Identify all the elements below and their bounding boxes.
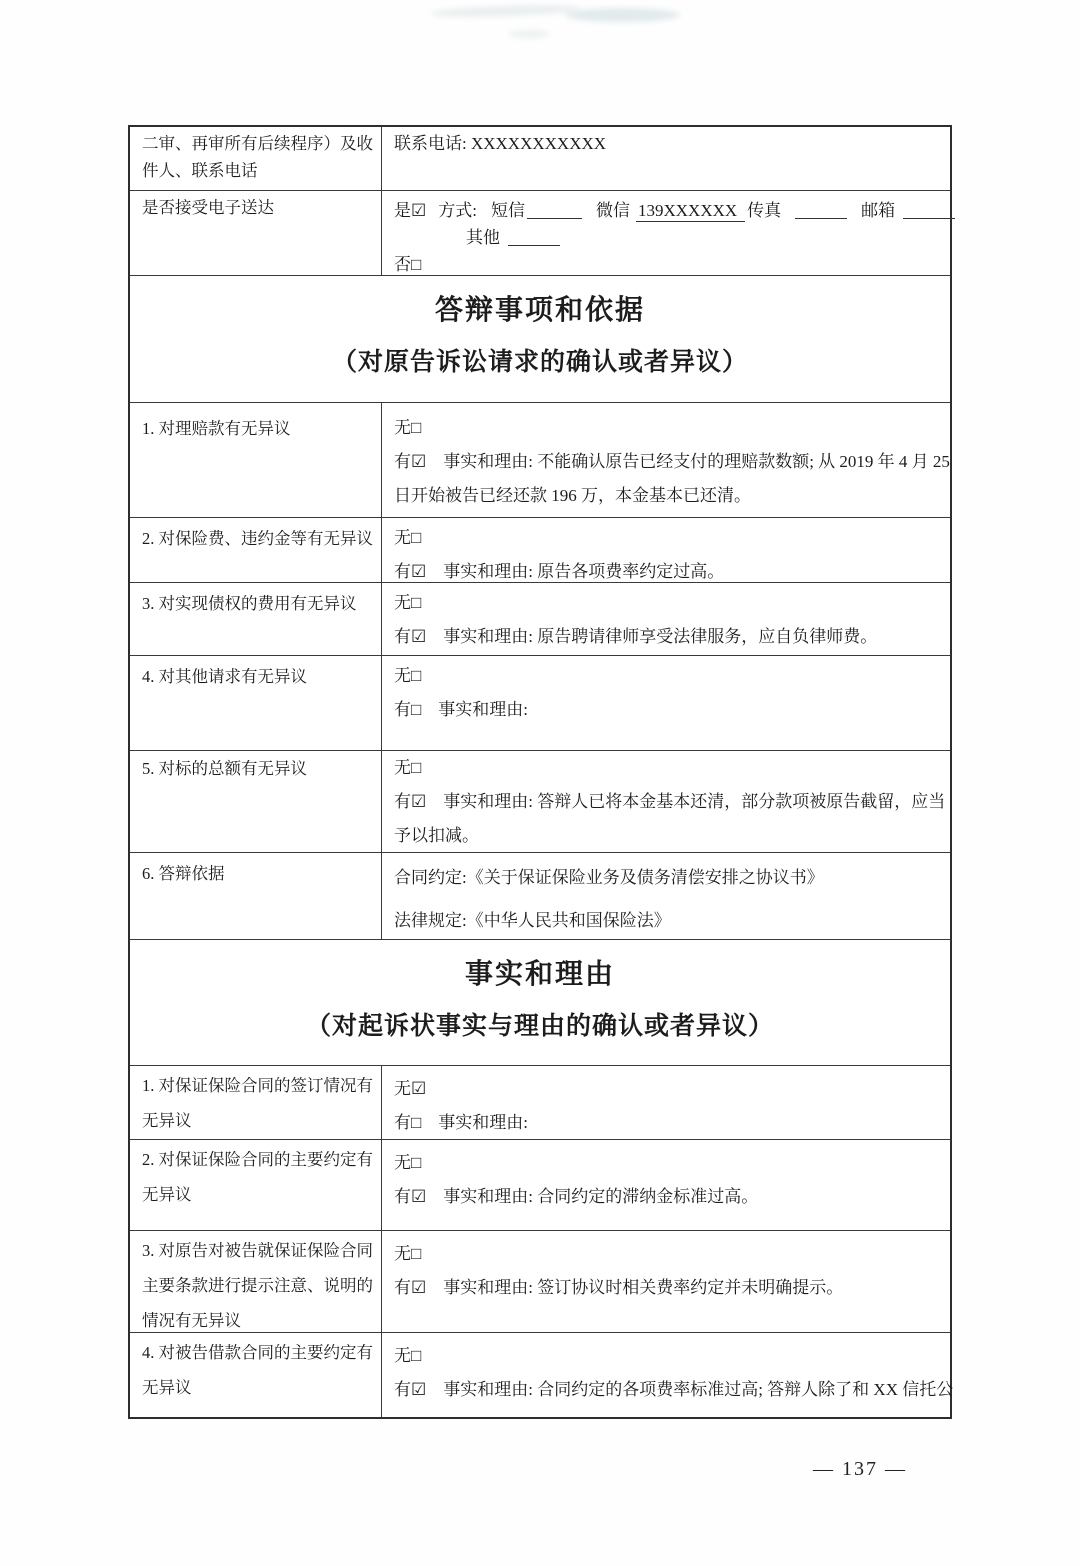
no-checkbox-line: 无□ bbox=[394, 751, 945, 785]
row-label: 主要条款进行提示注意、说明的 bbox=[142, 1268, 377, 1303]
reason-continued-line: 予以扣减。 bbox=[394, 819, 945, 853]
scan-artifact bbox=[430, 3, 580, 18]
row-label-cell: 3. 对原告对被告就保证保险合同 主要条款进行提示注意、说明的 情况有无异议 bbox=[130, 1231, 382, 1332]
table-row-s1-4: 4. 对其他请求有无异议 无□ 有□ 事实和理由: bbox=[130, 655, 950, 750]
row-label: 1. 对理赔款有无异议 bbox=[142, 411, 377, 446]
row-content-cell: 无☑ 有□ 事实和理由: bbox=[382, 1066, 950, 1139]
delivery-other-line: 其他 bbox=[394, 224, 955, 251]
defense-form-table: 二审、再审所有后续程序）及收 件人、联系电话 联系电话: XXXXXXXXXXX… bbox=[128, 125, 952, 1419]
sms-label: 短信 bbox=[491, 201, 525, 220]
scan-artifact bbox=[508, 30, 550, 38]
no-checkbox-line: 无☑ bbox=[394, 1072, 940, 1106]
row-label-cell: 6. 答辩依据 bbox=[130, 853, 382, 939]
row-label: 6. 答辩依据 bbox=[142, 856, 377, 891]
table-row-electronic-delivery: 是否接受电子送达 是☑方式:短信微信139XXXXXX传真邮箱 其他 否□ bbox=[130, 190, 950, 275]
contact-row-label-cell: 二审、再审所有后续程序）及收 件人、联系电话 bbox=[130, 127, 382, 190]
table-row-contact: 二审、再审所有后续程序）及收 件人、联系电话 联系电话: XXXXXXXXXXX bbox=[130, 127, 950, 190]
wechat-label: 微信 bbox=[596, 201, 630, 220]
table-row-s1-1: 1. 对理赔款有无异议 无□ 有☑ 事实和理由: 不能确认原告已经支付的理赔款数… bbox=[130, 402, 950, 517]
email-label: 邮箱 bbox=[861, 201, 895, 220]
row-label: 2. 对保险费、违约金等有无异议 bbox=[142, 521, 377, 556]
row-label: 无异议 bbox=[142, 1370, 377, 1405]
row-label: 3. 对实现债权的费用有无异议 bbox=[142, 586, 377, 621]
fax-label: 传真 bbox=[747, 201, 781, 220]
no-checkbox-line: 无□ bbox=[394, 411, 950, 445]
no-checkbox-line: 无□ bbox=[394, 1237, 940, 1271]
delivery-yes-line: 是☑方式:短信微信139XXXXXX传真邮箱 bbox=[394, 197, 955, 224]
row-content-cell: 无□ 有☑ 事实和理由: 答辩人已将本金基本还清，部分款项被原告截留，应当 予以… bbox=[382, 751, 955, 852]
table-row-s1-6: 6. 答辩依据 合同约定:《关于保证保险业务及债务清偿安排之协议书》 法律规定:… bbox=[130, 852, 950, 939]
row-label: 件人、联系电话 bbox=[142, 157, 377, 184]
row-label: 二审、再审所有后续程序）及收 bbox=[142, 130, 377, 157]
reason-continued-line: 日开始被告已经还款 196 万，本金基本已还清。 bbox=[394, 479, 950, 513]
row-content-cell: 合同约定:《关于保证保险业务及债务清偿安排之协议书》 法律规定:《中华人民共和国… bbox=[382, 853, 950, 939]
delivery-row-label-cell: 是否接受电子送达 bbox=[130, 191, 382, 275]
no-checkbox-line: 无□ bbox=[394, 1146, 940, 1180]
row-content-cell: 无□ 有□ 事实和理由: bbox=[382, 656, 950, 750]
no-checkbox-unchecked: 否□ bbox=[394, 255, 421, 274]
section1-header-row: 答辩事项和依据 （对原告诉讼请求的确认或者异议） bbox=[130, 275, 950, 402]
table-row-s2-1: 1. 对保证保险合同的签订情况有 无异议 无☑ 有□ 事实和理由: bbox=[130, 1065, 950, 1139]
legal-basis-line: 法律规定:《中华人民共和国保险法》 bbox=[394, 899, 940, 942]
other-label: 其他 bbox=[466, 228, 500, 247]
row-content-cell: 无□ 有☑ 事实和理由: 原告聘请律师享受法律服务，应自负律师费。 bbox=[382, 583, 950, 655]
row-label-cell: 5. 对标的总额有无异议 bbox=[130, 751, 382, 852]
yes-checkbox-reason-line: 有☑ 事实和理由: 签订协议时相关费率约定并未明确提示。 bbox=[394, 1271, 940, 1305]
page-number: — 137 — bbox=[790, 1458, 930, 1481]
yes-checkbox-reason-line: 有□ 事实和理由: bbox=[394, 693, 940, 727]
table-row-s1-5: 5. 对标的总额有无异议 无□ 有☑ 事实和理由: 答辩人已将本金基本还清，部分… bbox=[130, 750, 950, 852]
section1-title: 答辩事项和依据 bbox=[130, 290, 950, 330]
row-label-cell: 2. 对保险费、违约金等有无异议 bbox=[130, 518, 382, 582]
row-label-cell: 1. 对理赔款有无异议 bbox=[130, 403, 382, 517]
delivery-no-line: 否□ bbox=[394, 251, 955, 278]
contract-basis-line: 合同约定:《关于保证保险业务及债务清偿安排之协议书》 bbox=[394, 856, 940, 899]
table-row-s2-3: 3. 对原告对被告就保证保险合同 主要条款进行提示注意、说明的 情况有无异议 无… bbox=[130, 1230, 950, 1332]
row-label: 1. 对保证保险合同的签订情况有 bbox=[142, 1068, 377, 1103]
row-label-cell: 3. 对实现债权的费用有无异议 bbox=[130, 583, 382, 655]
section2-title: 事实和理由 bbox=[130, 954, 950, 994]
table-row-s2-4: 4. 对被告借款合同的主要约定有 无异议 无□ 有☑ 事实和理由: 合同约定的各… bbox=[130, 1332, 950, 1417]
section2-header-row: 事实和理由 （对起诉状事实与理由的确认或者异议） bbox=[130, 939, 950, 1065]
section1-subtitle: （对原告诉讼请求的确认或者异议） bbox=[130, 343, 950, 381]
sms-blank-line bbox=[527, 218, 582, 219]
row-label: 2. 对保证保险合同的主要约定有 bbox=[142, 1142, 377, 1177]
yes-checkbox-reason-line: 有☑ 事实和理由: 不能确认原告已经支付的理赔款数额; 从 2019 年 4 月… bbox=[394, 445, 950, 479]
method-label: 方式: bbox=[438, 201, 477, 220]
row-label: 4. 对被告借款合同的主要约定有 bbox=[142, 1335, 377, 1370]
yes-checkbox-reason-line: 有☑ 事实和理由: 答辩人已将本金基本还清，部分款项被原告截留，应当 bbox=[394, 785, 945, 819]
row-label: 5. 对标的总额有无异议 bbox=[142, 751, 377, 786]
section2-subtitle: （对起诉状事实与理由的确认或者异议） bbox=[130, 1007, 950, 1045]
row-label-cell: 2. 对保证保险合同的主要约定有 无异议 bbox=[130, 1140, 382, 1230]
row-content-cell: 无□ 有☑ 事实和理由: 签订协议时相关费率约定并未明确提示。 bbox=[382, 1231, 950, 1332]
contact-phone-value: 联系电话: XXXXXXXXXXX bbox=[394, 130, 940, 157]
yes-checkbox-reason-line: 有☑ 事实和理由: 合同约定的滞纳金标准过高。 bbox=[394, 1180, 940, 1214]
section1-header: 答辩事项和依据 （对原告诉讼请求的确认或者异议） bbox=[130, 276, 950, 402]
email-blank-line bbox=[903, 218, 955, 219]
contact-row-value-cell: 联系电话: XXXXXXXXXXX bbox=[382, 127, 950, 190]
delivery-row-value-cell: 是☑方式:短信微信139XXXXXX传真邮箱 其他 否□ bbox=[382, 191, 965, 275]
table-row-s2-2: 2. 对保证保险合同的主要约定有 无异议 无□ 有☑ 事实和理由: 合同约定的滞… bbox=[130, 1139, 950, 1230]
row-label-cell: 4. 对其他请求有无异议 bbox=[130, 656, 382, 750]
row-content-cell: 无□ 有☑ 事实和理由: 原告各项费率约定过高。 bbox=[382, 518, 950, 582]
section2-header: 事实和理由 （对起诉状事实与理由的确认或者异议） bbox=[130, 940, 950, 1065]
no-checkbox-line: 无□ bbox=[394, 586, 940, 620]
yes-checkbox-checked: 是☑ bbox=[394, 201, 426, 220]
row-content-cell: 无□ 有☑ 事实和理由: 不能确认原告已经支付的理赔款数额; 从 2019 年 … bbox=[382, 403, 960, 517]
row-content-cell: 无□ 有☑ 事实和理由: 合同约定的滞纳金标准过高。 bbox=[382, 1140, 950, 1230]
wechat-value: 139XXXXXX bbox=[636, 201, 745, 222]
yes-checkbox-reason-line: 有□ 事实和理由: bbox=[394, 1106, 940, 1140]
row-content-cell: 无□ 有☑ 事实和理由: 合同约定的各项费率标准过高; 答辩人除了和 XX 信托… bbox=[382, 1333, 963, 1417]
row-label-cell: 4. 对被告借款合同的主要约定有 无异议 bbox=[130, 1333, 382, 1417]
row-label-cell: 1. 对保证保险合同的签订情况有 无异议 bbox=[130, 1066, 382, 1139]
yes-checkbox-reason-line: 有☑ 事实和理由: 原告聘请律师享受法律服务，应自负律师费。 bbox=[394, 620, 940, 654]
no-checkbox-line: 无□ bbox=[394, 659, 940, 693]
row-label: 无异议 bbox=[142, 1177, 377, 1212]
table-row-s1-3: 3. 对实现债权的费用有无异议 无□ 有☑ 事实和理由: 原告聘请律师享受法律服… bbox=[130, 582, 950, 655]
fax-blank-line bbox=[795, 218, 847, 219]
row-label: 是否接受电子送达 bbox=[142, 194, 377, 221]
yes-checkbox-reason-line: 有☑ 事实和理由: 合同约定的各项费率标准过高; 答辩人除了和 XX 信托公 bbox=[394, 1373, 953, 1407]
table-row-s1-2: 2. 对保险费、违约金等有无异议 无□ 有☑ 事实和理由: 原告各项费率约定过高… bbox=[130, 517, 950, 582]
no-checkbox-line: 无□ bbox=[394, 521, 940, 555]
row-label: 无异议 bbox=[142, 1103, 377, 1138]
row-label: 4. 对其他请求有无异议 bbox=[142, 659, 377, 694]
no-checkbox-line: 无□ bbox=[394, 1339, 953, 1373]
other-blank-line bbox=[508, 245, 560, 246]
row-label: 3. 对原告对被告就保证保险合同 bbox=[142, 1233, 377, 1268]
scan-artifact bbox=[565, 8, 680, 22]
